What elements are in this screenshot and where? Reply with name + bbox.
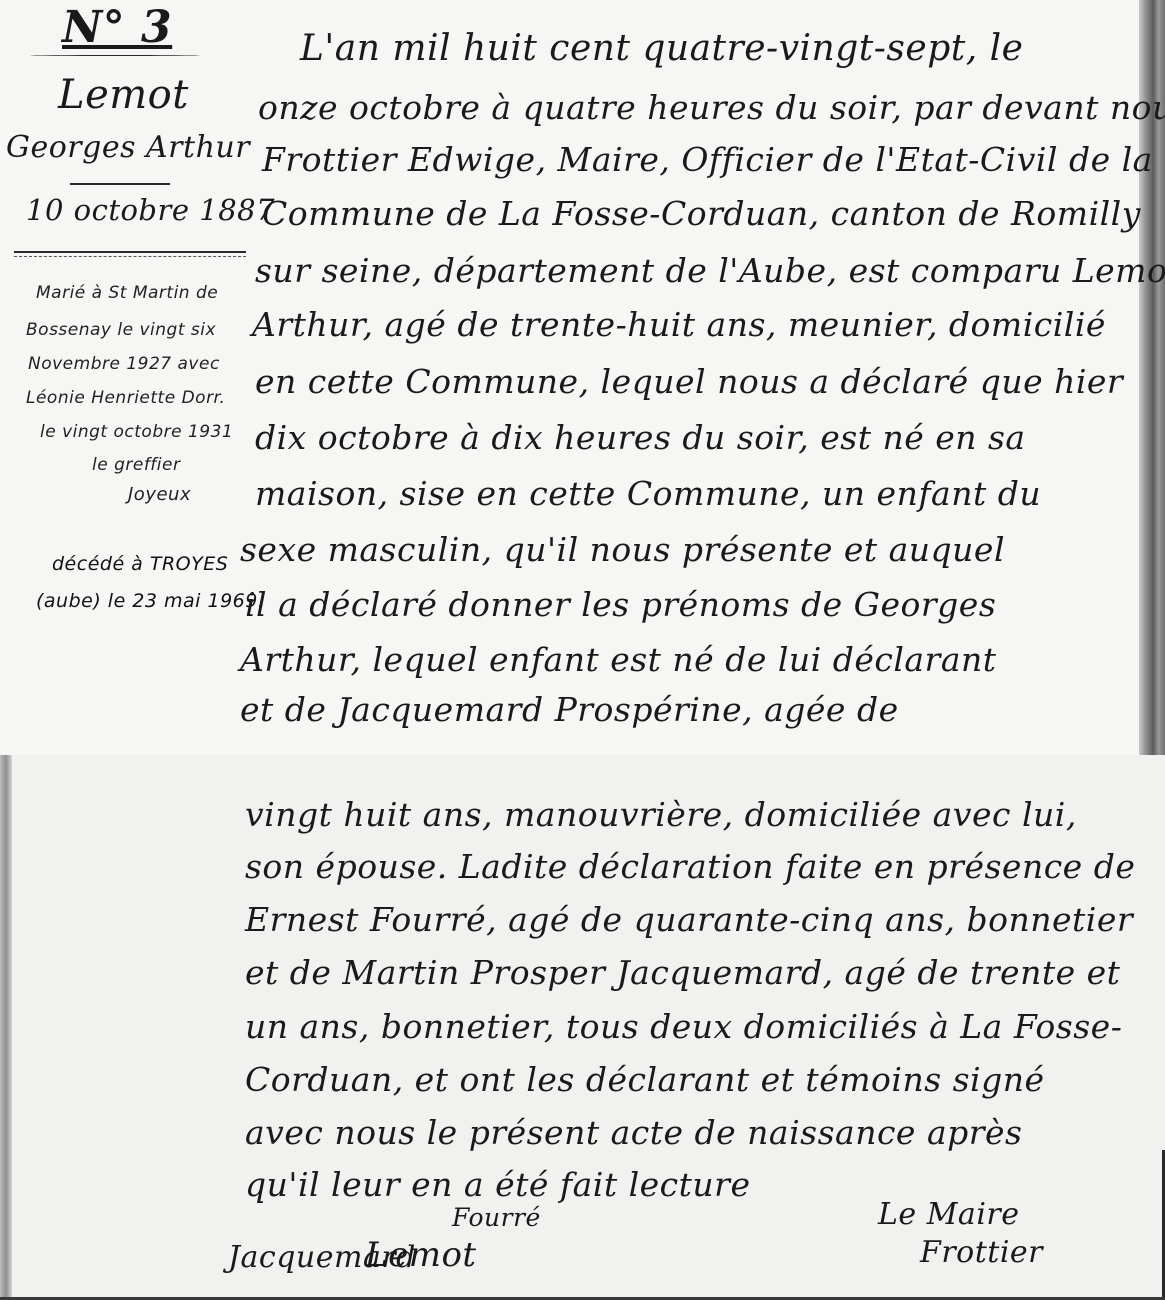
margin-divider [14,251,246,253]
signature-witness-fourre: Fourré [452,1203,541,1232]
body-line: maison, sise en cette Commune, un enfant… [255,474,1041,513]
body-line: un ans, bonnetier, tous deux domiciliés … [245,1007,1122,1046]
greffier-signature: Joyeux [128,484,191,505]
entry-number: N° 3 [62,2,172,53]
signature-declarant-lemot: Lemot [365,1235,477,1275]
body-line: sexe masculin, qu'il nous présente et au… [240,530,1005,569]
marriage-note-line: Marié à St Martin de [36,283,218,303]
body-line: dix octobre à dix heures du soir, est né… [255,418,1026,457]
body-line: L'an mil huit cent quatre-vingt-sept, le [300,28,1023,69]
body-line: avec nous le présent acte de naissance a… [245,1113,1023,1152]
mayor-title: Le Maire [878,1197,1020,1232]
marriage-note-line: Bossenay le vingt six [26,320,216,340]
margin-birth-date: 10 octobre 1887 [26,193,275,227]
register-page-bottom-scan: vingt huit ans, manouvrière, domiciliée … [0,755,1165,1300]
marriage-note-line: le vingt octobre 1931 [40,422,233,442]
death-note-line: décédé à TROYES [52,553,228,575]
body-line: il a déclaré donner les prénoms de Georg… [245,585,996,624]
flourish-rule [30,55,200,56]
register-page-top-scan: N° 3 Lemot Georges Arthur 10 octobre 188… [0,0,1165,755]
body-line: et de Jacquemard Prospérine, agée de [240,690,899,729]
margin-given-names: Georges Arthur [6,130,250,165]
underline-rule [70,183,170,185]
body-line: en cette Commune, lequel nous a déclaré … [255,362,1123,401]
marriage-note-line: le greffier [92,455,180,475]
body-line: Ernest Fourré, agé de quarante-cinq ans,… [245,900,1133,939]
body-line: qu'il leur en a été fait lecture [245,1165,750,1204]
body-line: onze octobre à quatre heures du soir, pa… [258,88,1165,127]
body-line: sur seine, département de l'Aube, est co… [255,251,1165,290]
death-note-line: (aube) le 23 mai 1969. [36,590,264,612]
margin-divider-dashed [14,256,246,257]
body-line: Arthur, lequel enfant est né de lui décl… [240,640,997,679]
body-line: Commune de La Fosse-Corduan, canton de R… [262,194,1141,233]
signature-mayor: Frottier [920,1235,1043,1270]
body-line: Frottier Edwige, Maire, Officier de l'Et… [262,140,1153,179]
body-line: Corduan, et ont les déclarant et témoins… [245,1060,1045,1099]
body-line: vingt huit ans, manouvrière, domiciliée … [245,795,1077,834]
body-line: son épouse. Ladite déclaration faite en … [245,847,1135,886]
body-line: et de Martin Prosper Jacquemard, agé de … [245,953,1120,992]
marriage-note-line: Léonie Henriette Dorr. [26,388,225,408]
margin-surname: Lemot [58,72,189,118]
book-gutter [0,755,12,1300]
body-line: Arthur, agé de trente-huit ans, meunier,… [252,305,1106,344]
marriage-note-line: Novembre 1927 avec [28,354,220,374]
